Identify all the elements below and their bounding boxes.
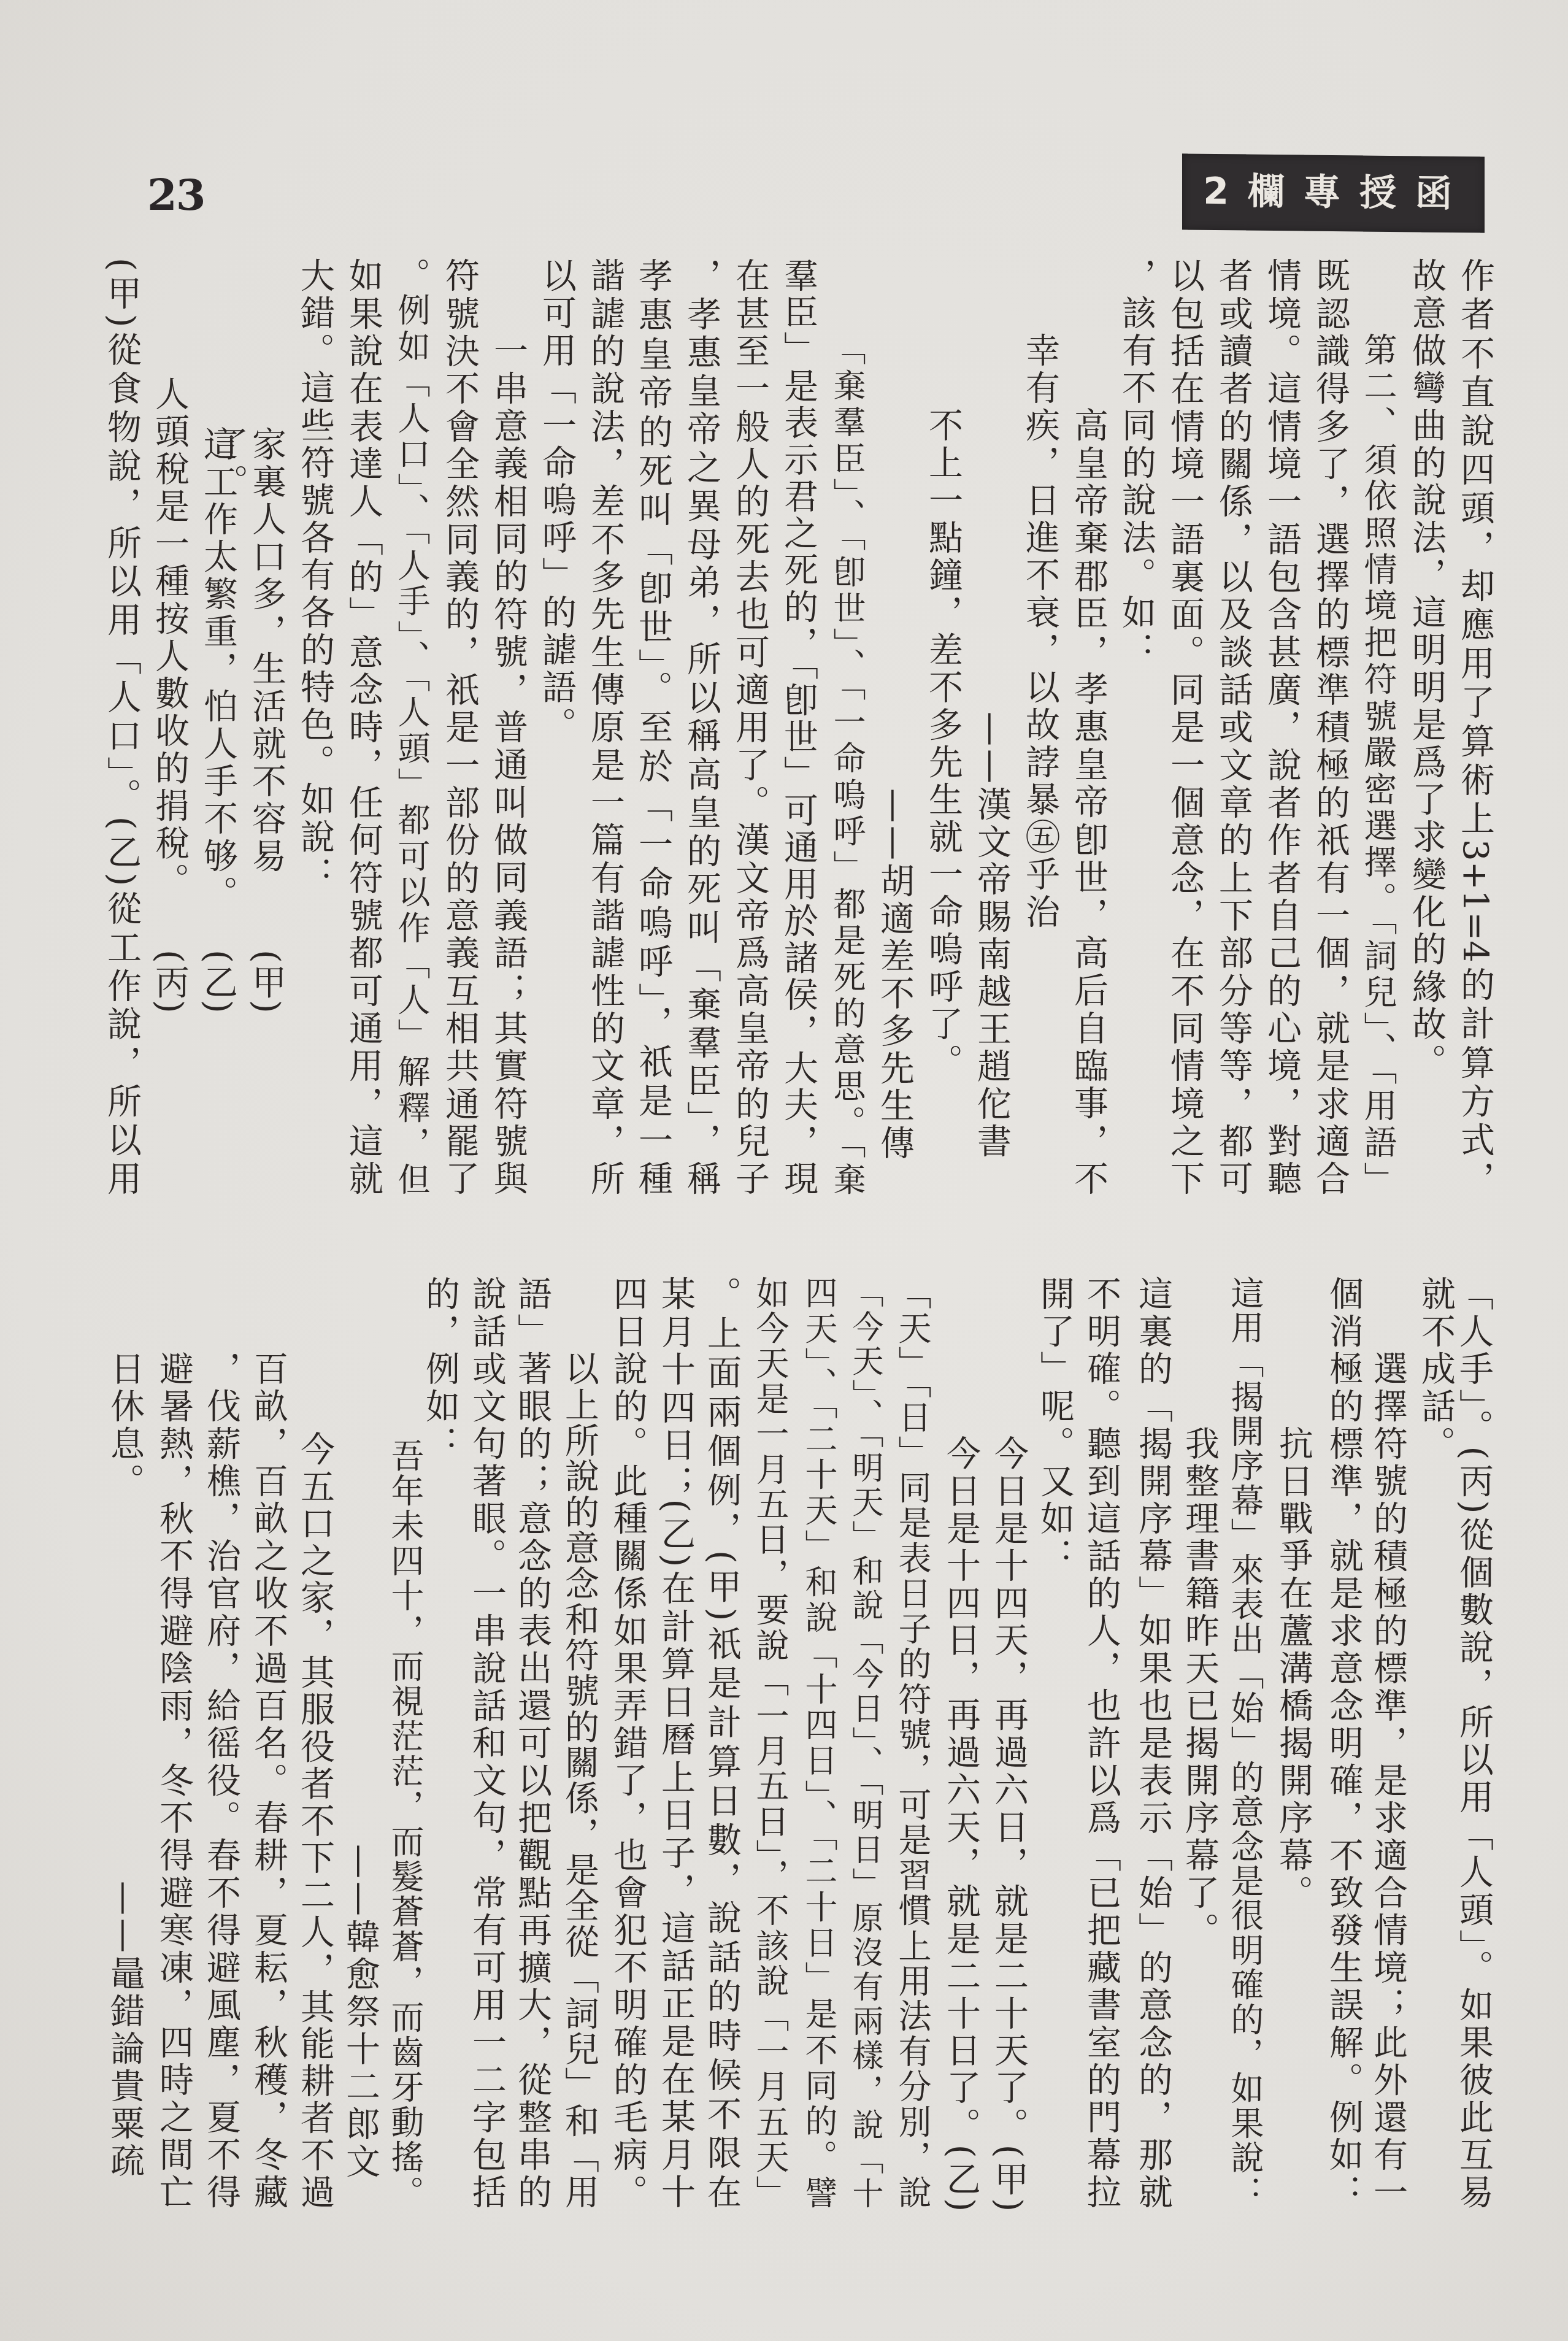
text-column: 某月十四日；(乙)在計算日曆上日子，這話正是在某月十 <box>656 1276 694 2208</box>
text-column: 四天」、「二十天」和說「十四日」、「二十日」是不同的。譬 <box>799 1276 837 2208</box>
text-column: 不明確。聽到這話的人，也許以爲「已把藏書室的門幕拉 <box>1082 1276 1120 2208</box>
text-column: 個消極的標準，就是求意念明確，不致發生誤解。例如： <box>1324 1276 1362 2208</box>
quote-line: ，伐薪樵，治官府，給徭役。春不得避風塵，夏不得 <box>202 1351 240 2208</box>
quote-line: 避暑熱，秋不得避陰雨，冬不得避寒凍，四時之間亡 <box>155 1351 193 2208</box>
quote-line: 吾年未四十，而視茫茫，而髮蒼蒼，而齒牙動搖。 <box>386 1439 424 2208</box>
lower-text-block: 「人手」。(丙)從個數說，所以用「人頭」。如果彼此互易 就不成話。 選擇符號的積… <box>0 0 1568 2341</box>
text-column: 四日說的。此種關係如果弄錯了，也會犯不明確的毛病。 <box>609 1276 647 2208</box>
text-column: 以上所說的意念和符號的關係，是全從「詞兒」和「用 <box>560 1351 598 2208</box>
citation-line: ——鼂錯論貴粟疏 <box>106 1881 144 2208</box>
example-sentence: 抗日戰爭在蘆溝橋揭開序幕。 <box>1274 1426 1312 2208</box>
quote-line: 日休息。 <box>106 1351 144 1596</box>
book-page: 23 函授專欄2 作者不直說四頭，却應用了算術上3+1=4的計算方式， 故意做彎… <box>0 0 1568 2341</box>
text-column: 選擇符號的積極的標準，是求適合情境；此外還有一 <box>1369 1351 1407 2208</box>
quote-line: 今五口之家，其服役者不下二人，其能耕者不過 <box>296 1431 334 2208</box>
text-column: 就不成話。 <box>1416 1276 1455 2208</box>
text-column: 如今天是一月五日，要說「一月五日」，不該說「一月五天」 <box>751 1276 789 2208</box>
example-sentence: 我整理書籍昨天已揭開序幕了。 <box>1180 1426 1218 2208</box>
example-sentence: 今日是十四天，再過六日，就是二十天了。(甲) <box>990 1436 1028 2212</box>
quote-line: 百畝，百畝之收不過百名。春耕，夏耘，秋穫，冬藏 <box>249 1351 287 2208</box>
text-column: 說話或文句著眼。一串說話和文句，常有可用一二字包括 <box>467 1276 505 2208</box>
text-column: 開了」呢。又如： <box>1036 1276 1074 2208</box>
text-column: 語」著眼的；意念的表出還可以把觀點再擴大，從整串的 <box>513 1276 551 2208</box>
text-column: 這用「揭開序幕」來表出「始」的意念是很明確的，如果說： <box>1226 1276 1264 2208</box>
citation-line: ——韓愈祭十二郎文 <box>341 1844 379 2208</box>
text-column: 「天」「日」同是表日子的符號，可是習慣上用法有分別，說 <box>893 1276 931 2208</box>
text-column: 的，例如： <box>421 1276 459 2208</box>
text-column: 。上面兩個例，(甲)祇是計算日數，說話的時候不限在 <box>702 1276 740 2208</box>
text-column: 「今天」、「明天」和說「今日」、「明日」原沒有兩樣，說「十 <box>845 1276 883 2208</box>
text-column: 「人手」。(丙)從個數說，所以用「人頭」。如果彼此互易 <box>1455 1276 1493 2208</box>
example-sentence: 今日是十四日，再過六天，就是二十日了。(乙) <box>942 1436 980 2212</box>
text-column: 這裏的「揭開序幕」如果也是表示「始」的意念的，那就 <box>1134 1276 1172 2208</box>
